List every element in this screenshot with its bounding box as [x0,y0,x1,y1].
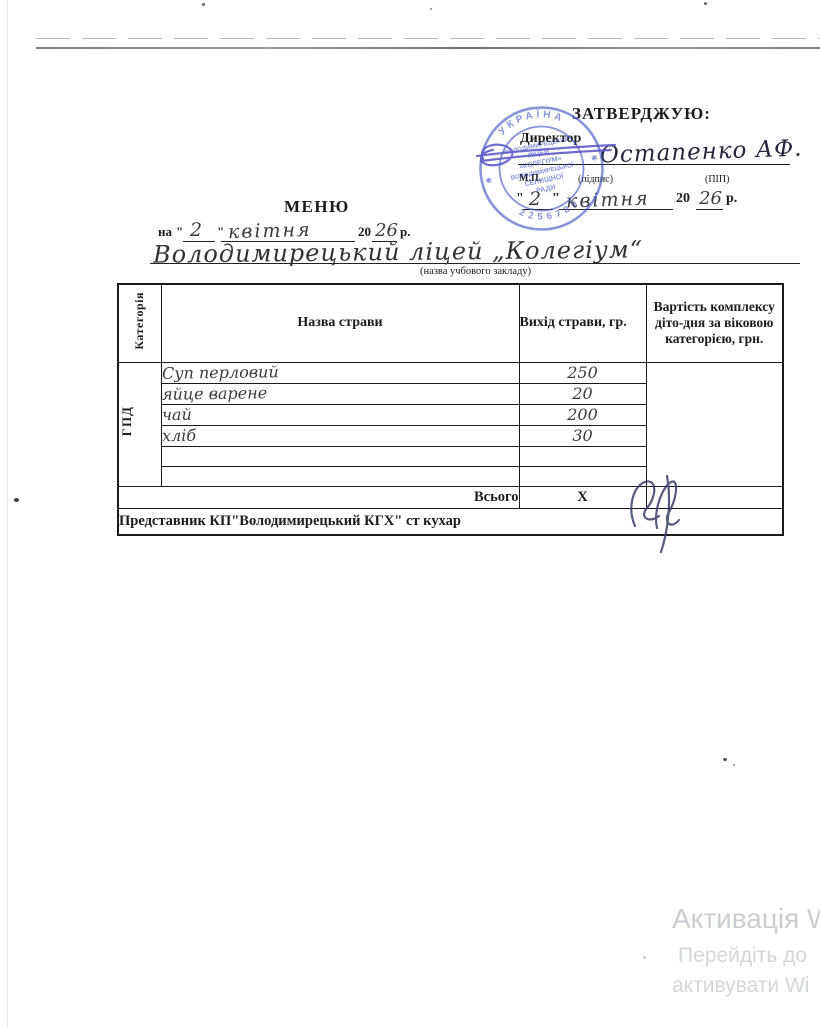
approval-date-year-prefix: 20 [676,191,690,207]
svg-text:2256780: 2256780 [516,194,586,228]
stamp-ring-bottom-number: 2256780 [516,194,586,228]
qty-cell: 30 [519,425,646,446]
scan-speck [723,758,727,761]
dish-qty: 20 [572,384,592,403]
col-header-cost: Вартість комплексу діто-дня за віковою к… [646,284,783,362]
dish-cell [161,446,519,466]
director-signature-scribble [465,135,625,177]
scanned-menu-document: { "chars": { "quote": "\"" }, "approval"… [0,0,820,1027]
school-name-caption: (назва учбового закладу) [420,266,531,277]
category-cell: ГПД [118,362,161,486]
scan-edge-line [7,0,8,1027]
dish-cell: чай [161,404,519,425]
dish-cell: яйце варене [161,383,519,404]
dish-qty: 250 [567,363,598,382]
scan-speck [14,498,19,502]
dish-cell [161,466,519,486]
qty-cell: 20 [519,383,646,404]
school-name-handwritten: Володимирецький ліцей „Колегіум“ [153,235,643,268]
dish-name: яйце варене [161,383,266,403]
dish-name: чай [161,404,191,423]
name-caption: (ПІП) [705,174,729,185]
scan-speck [643,956,646,959]
scan-speck [704,2,707,5]
qty-cell: 200 [519,404,646,425]
activation-watermark-line1: Активація W [672,903,820,935]
stamp-star-left-icon: ✱ [485,176,494,186]
activation-watermark-line3: активувати Wi [672,974,809,998]
activation-watermark-line2: Перейдіть до [678,944,807,968]
total-label: Всього [118,486,519,508]
cook-signature-scribble [605,468,700,556]
scan-speck [733,764,735,766]
dish-qty: 200 [567,405,598,424]
dish-qty: 30 [572,426,592,445]
col-header-category-label: Категорія [132,292,147,350]
menu-title: МЕНЮ [284,197,350,217]
dish-name: хліб [161,425,195,444]
scan-top-line-faint [36,38,820,39]
menu-date-prefix: на [158,224,172,240]
scan-speck [430,8,432,10]
category-value: ГПД [119,406,135,436]
col-header-output: Вихід страви, гр. [519,284,646,362]
dish-name: Суп перловий [161,362,278,383]
scan-top-line-dark [36,47,820,49]
col-header-category: Категорія [118,284,161,362]
dish-cell: Суп перловий [161,362,519,383]
scan-speck [202,3,205,6]
col-header-dish: Назва страви [161,284,519,362]
menu-date-day: 2 [190,219,202,241]
stamp-inner-line: РАДИ [536,184,556,195]
approval-date-year-label: р. [726,191,737,207]
qty-cell [519,446,646,466]
dish-cell: хліб [161,425,519,446]
approval-date-year-suffix: 26 [699,188,722,209]
qty-cell: 250 [519,362,646,383]
